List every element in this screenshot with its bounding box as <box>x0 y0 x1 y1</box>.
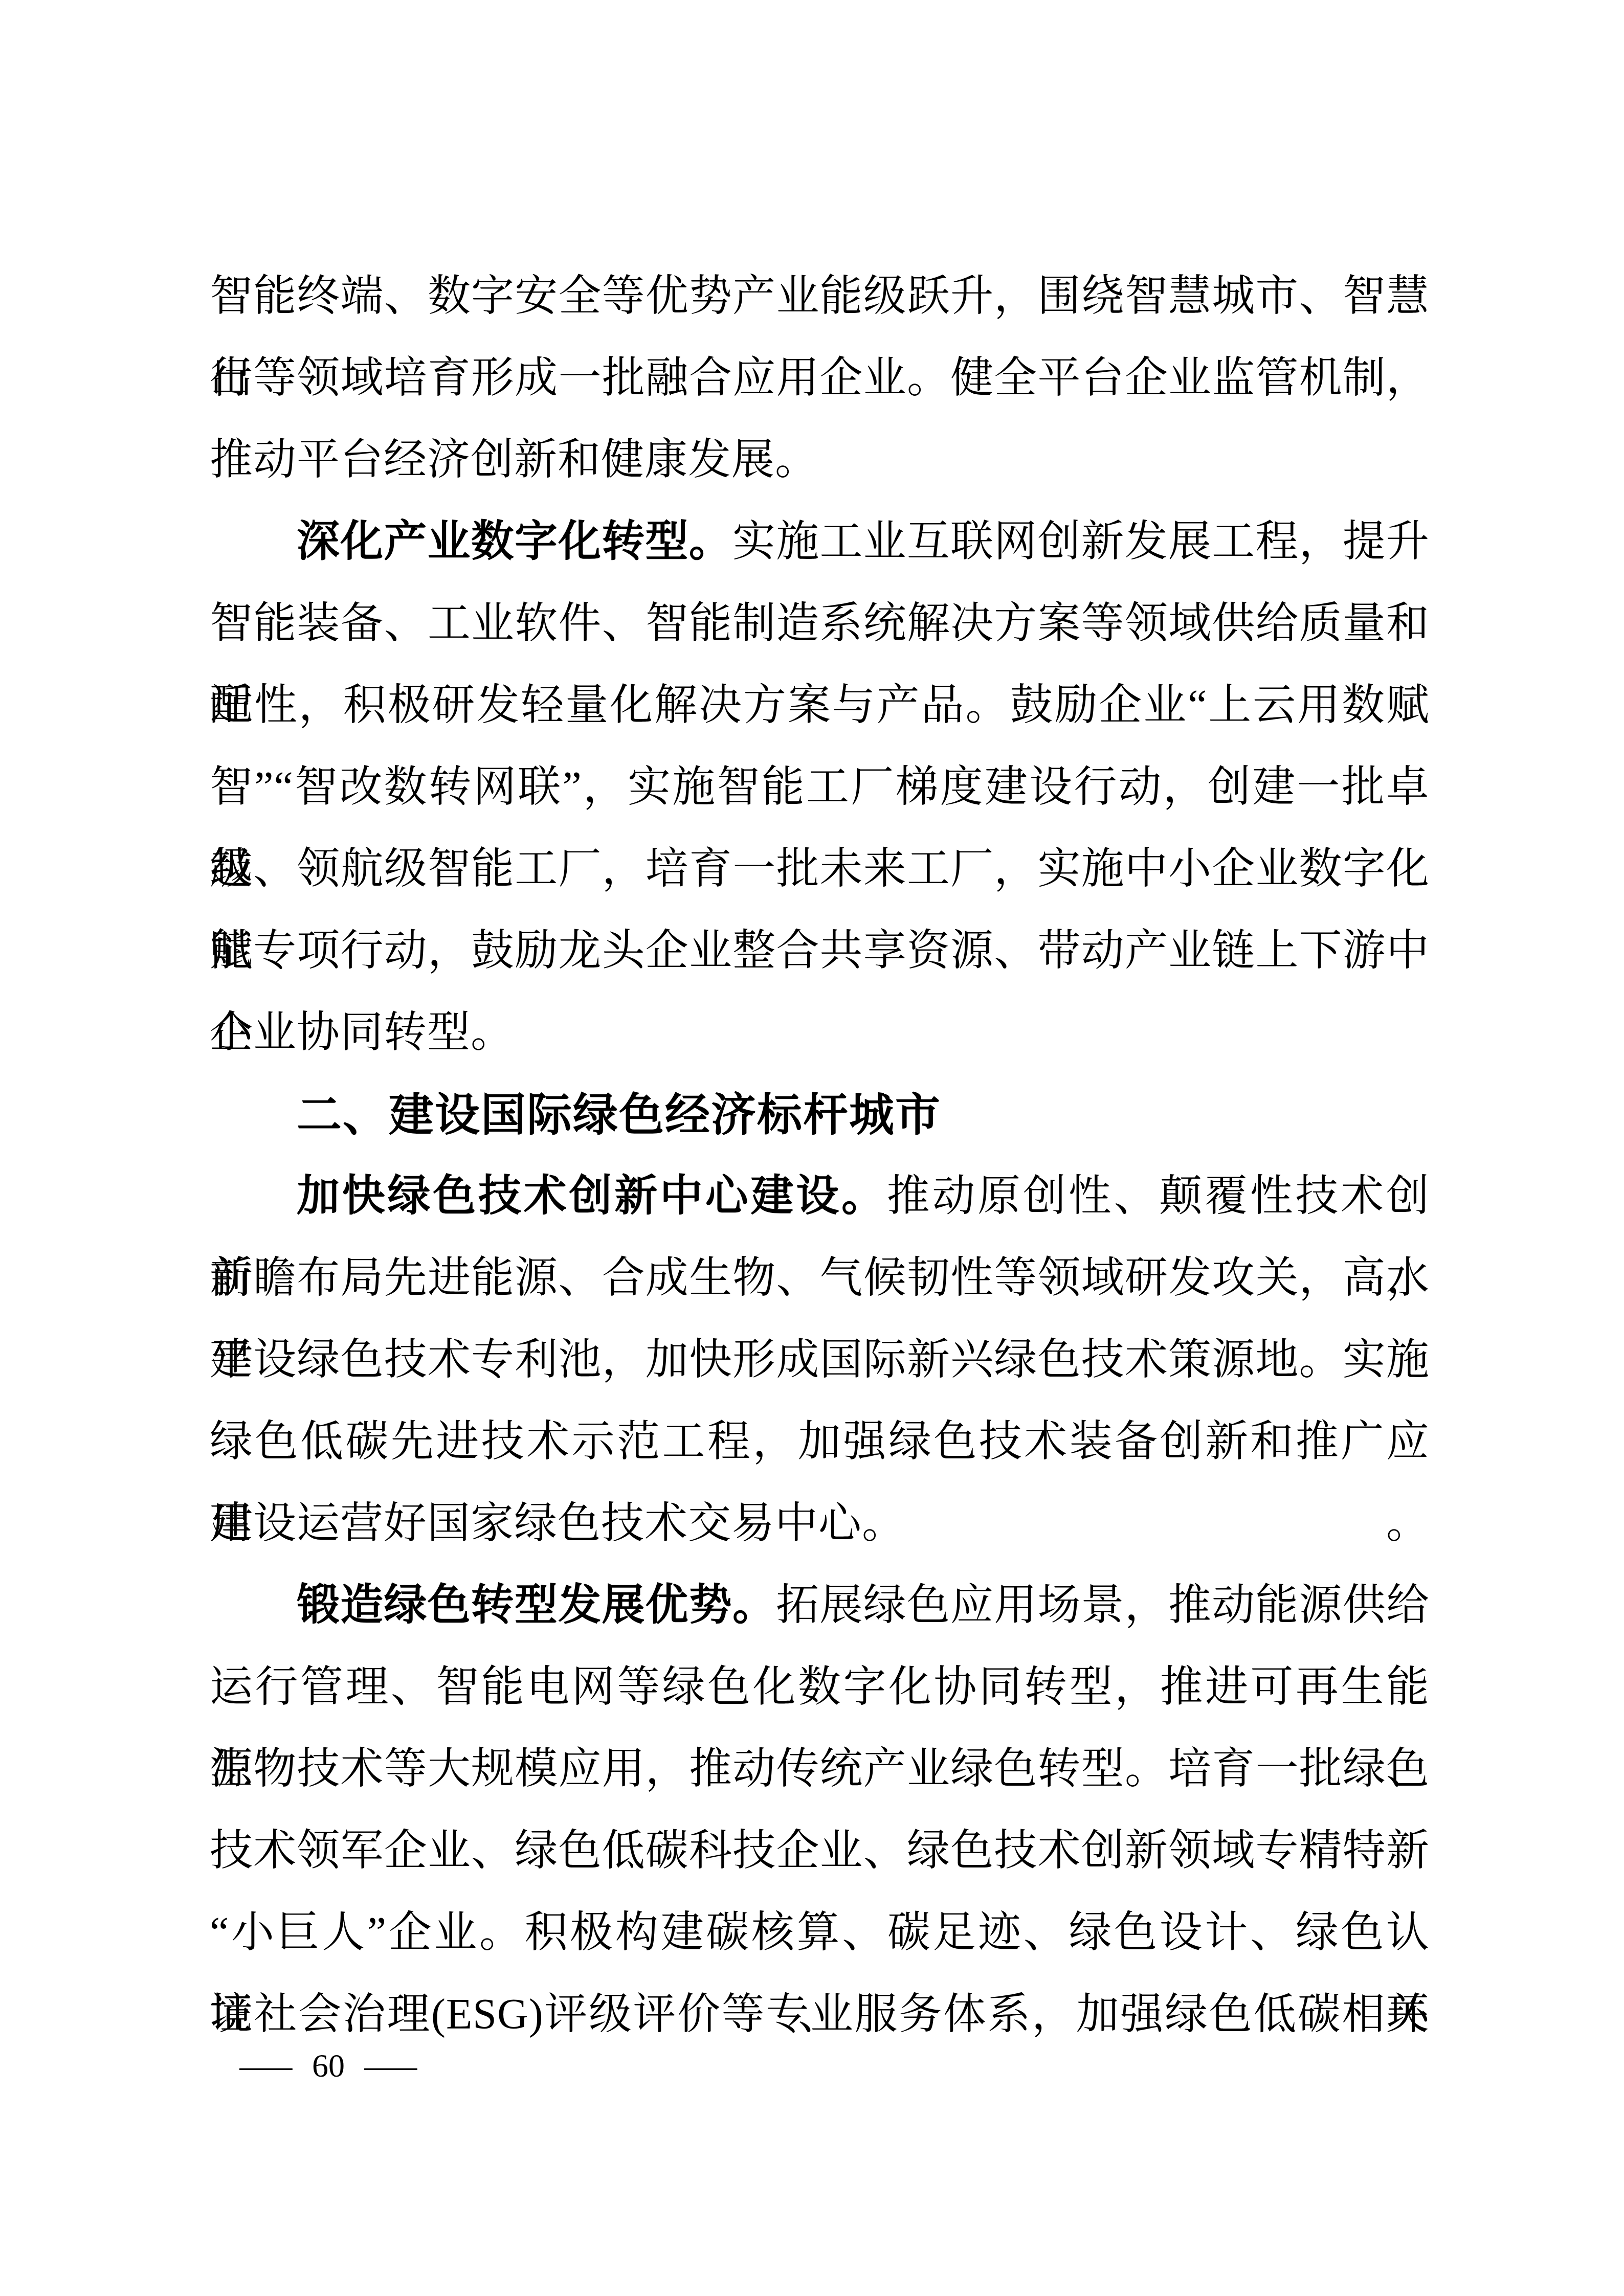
body-text: 行等领域培育形成一批融合应用企业。健全平台企业监管机制， <box>210 354 1430 402</box>
text-line: 前瞻布局先进能源、合成生物、气候韧性等领域研发攻关，高水平 <box>210 1237 1430 1319</box>
body-text: 境社会治理(ESG)评级评价等专业服务体系，加强绿色低碳相关 <box>210 1991 1430 2038</box>
text-line: 技术领军企业、绿色低碳科技企业、绿色技术创新领域专精特新 <box>210 1810 1430 1892</box>
bold-lead-text: 深化产业数字化转型。 <box>297 518 732 566</box>
footer-dash-right: — <box>365 2050 417 2082</box>
text-line: 生物技术等大规模应用，推动传统产业绿色转型。培育一批绿色 <box>210 1728 1430 1810</box>
body-text: 拓展绿色应用场景，推动能源供给 <box>776 1582 1430 1629</box>
text-line: 建设绿色技术专利池，加快形成国际新兴绿色技术策源地。实施 <box>210 1319 1430 1401</box>
text-line: 加快绿色技术创新中心建设。推动原创性、颠覆性技术创新， <box>210 1156 1430 1237</box>
text-line: 锻造绿色转型发展优势。拓展绿色应用场景，推动能源供给 <box>210 1565 1430 1647</box>
text-line: 能专项行动，鼓励龙头企业整合共享资源、带动产业链上下游中小 <box>210 910 1430 992</box>
body-text: 实施工业互联网创新发展工程，提升 <box>732 518 1430 566</box>
page-footer: — 60 — <box>250 2050 407 2082</box>
text-line: 行等领域培育形成一批融合应用企业。健全平台企业监管机制， <box>210 337 1430 419</box>
text-line: 运行管理、智能电网等绿色化数字化协同转型，推进可再生能源、 <box>210 1647 1430 1728</box>
text-line: 绿色低碳先进技术示范工程，加强绿色技术装备创新和推广应用。 <box>210 1401 1430 1483</box>
bold-lead-text: 加快绿色技术创新中心建设。 <box>297 1173 887 1220</box>
body-text: 建设绿色技术专利池，加快形成国际新兴绿色技术策源地。实施 <box>210 1336 1430 1384</box>
body-text: 生物技术等大规模应用，推动传统产业绿色转型。培育一批绿色 <box>210 1745 1430 1793</box>
text-line: 境社会治理(ESG)评级评价等专业服务体系，加强绿色低碳相关 <box>210 1974 1430 2056</box>
text-line: 推动平台经济创新和健康发展。 <box>210 419 1430 501</box>
body-text: 技术领军企业、绿色低碳科技企业、绿色技术创新领域专精特新 <box>210 1827 1430 1875</box>
text-line: 智”“智改数转网联”，实施智能工厂梯度建设行动，创建一批卓越 <box>210 747 1430 828</box>
text-line: 配性，积极研发轻量化解决方案与产品。鼓励企业“上云用数赋 <box>210 665 1430 747</box>
text-line: 级、领航级智能工厂，培育一批未来工厂，实施中小企业数字化赋 <box>210 828 1430 910</box>
document-body: 智能终端、数字安全等优势产业能级跃升，围绕智慧城市、智慧出行等领域培育形成一批融… <box>210 256 1430 2056</box>
text-line: “小巨人”企业。积极构建碳核算、碳足迹、绿色设计、绿色认证、环 <box>210 1892 1430 1974</box>
text-line: 深化产业数字化转型。实施工业互联网创新发展工程，提升 <box>210 501 1430 583</box>
section-heading: 二、建设国际绿色经济标杆城市 <box>210 1074 1430 1156</box>
page-number: 60 <box>312 2050 345 2082</box>
document-page: 智能终端、数字安全等优势产业能级跃升，围绕智慧城市、智慧出行等领域培育形成一批融… <box>0 0 1624 2296</box>
bold-lead-text: 锻造绿色转型发展优势。 <box>297 1582 776 1629</box>
body-text: 配性，积极研发轻量化解决方案与产品。鼓励企业“上云用数赋 <box>210 682 1430 729</box>
text-line: 智能装备、工业软件、智能制造系统解决方案等领域供给质量和适 <box>210 583 1430 665</box>
text-line: 企业协同转型。 <box>210 992 1430 1074</box>
body-text: 企业协同转型。 <box>210 1009 514 1056</box>
text-line: 智能终端、数字安全等优势产业能级跃升，围绕智慧城市、智慧出 <box>210 256 1430 337</box>
bold-lead-text: 二、建设国际绿色经济标杆城市 <box>297 1089 941 1140</box>
footer-dash-left: — <box>240 2050 292 2082</box>
body-text: 建设运营好国家绿色技术交易中心。 <box>210 1500 905 1547</box>
body-text: 推动平台经济创新和健康发展。 <box>210 436 818 484</box>
